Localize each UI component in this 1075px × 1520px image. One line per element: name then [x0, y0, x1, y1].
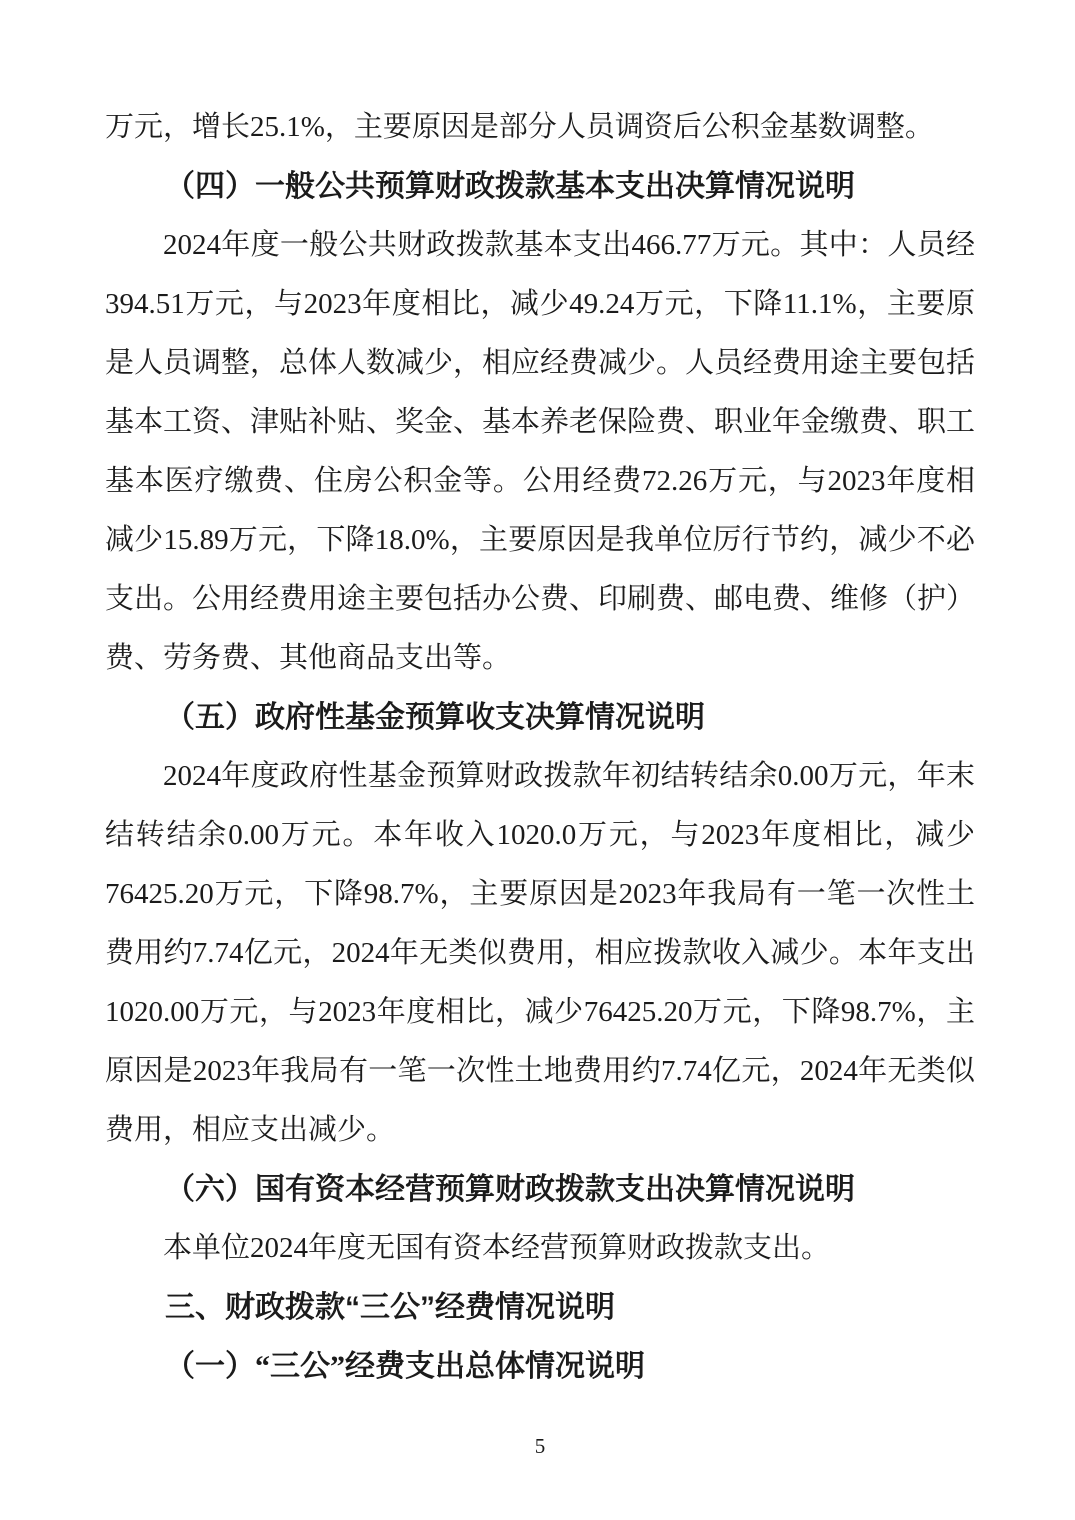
document-page: 万元，增长25.1%，主要原因是部分人员调资后公积金基数调整。 （四）一般公共预…	[0, 0, 1075, 1520]
body-line: 基本工资、津贴补贴、奖金、基本养老保险费、职业年金缴费、职工	[105, 393, 975, 452]
body-line-continuation: 万元，增长25.1%，主要原因是部分人员调资后公积金基数调整。	[105, 98, 975, 157]
body-line: 支出。公用经费用途主要包括办公费、印刷费、邮电费、维修（护）	[105, 570, 975, 629]
body-line: 1020.00万元，与2023年度相比，减少76425.20万元，下降98.7%…	[105, 983, 975, 1042]
heading-part-three: 三、财政拨款“三公”经费情况说明	[105, 1278, 975, 1337]
body-line: 394.51万元，与2023年度相比，减少49.24万元，下降11.1%，主要原…	[105, 275, 975, 334]
body-line: 76425.20万元，下降98.7%，主要原因是2023年我局有一笔一次性土地	[105, 865, 975, 924]
body-line: 结转结余0.00万元。本年收入1020.0万元，与2023年度相比，减少	[105, 806, 975, 865]
body-line: 原因是2023年我局有一笔一次性土地费用约7.74亿元，2024年无类似	[105, 1042, 975, 1101]
body-line: 减少15.89万元，下降18.0%，主要原因是我单位厉行节约，减少不必要	[105, 511, 975, 570]
heading-subsection-one: （一）“三公”经费支出总体情况说明	[105, 1337, 975, 1396]
body-line: 2024年度政府性基金预算财政拨款年初结转结余0.00万元，年末	[105, 747, 975, 806]
heading-section-four: （四）一般公共预算财政拨款基本支出决算情况说明	[105, 157, 975, 216]
body-line: 基本医疗缴费、住房公积金等。公用经费72.26万元，与2023年度相比，	[105, 452, 975, 511]
heading-section-five: （五）政府性基金预算收支决算情况说明	[105, 688, 975, 747]
body-line: 费用约7.74亿元，2024年无类似费用，相应拨款收入减少。本年支出	[105, 924, 975, 983]
page-number: 5	[105, 1424, 975, 1468]
body-line: 本单位2024年度无国有资本经营预算财政拨款支出。	[105, 1219, 975, 1278]
body-line: 2024年度一般公共财政拨款基本支出466.77万元。其中：人员经费	[105, 216, 975, 275]
body-line: 费用，相应支出减少。	[105, 1101, 975, 1160]
body-line: 费、劳务费、其他商品支出等。	[105, 629, 975, 688]
heading-section-six: （六）国有资本经营预算财政拨款支出决算情况说明	[105, 1160, 975, 1219]
body-line: 是人员调整，总体人数减少，相应经费减少。人员经费用途主要包括	[105, 334, 975, 393]
